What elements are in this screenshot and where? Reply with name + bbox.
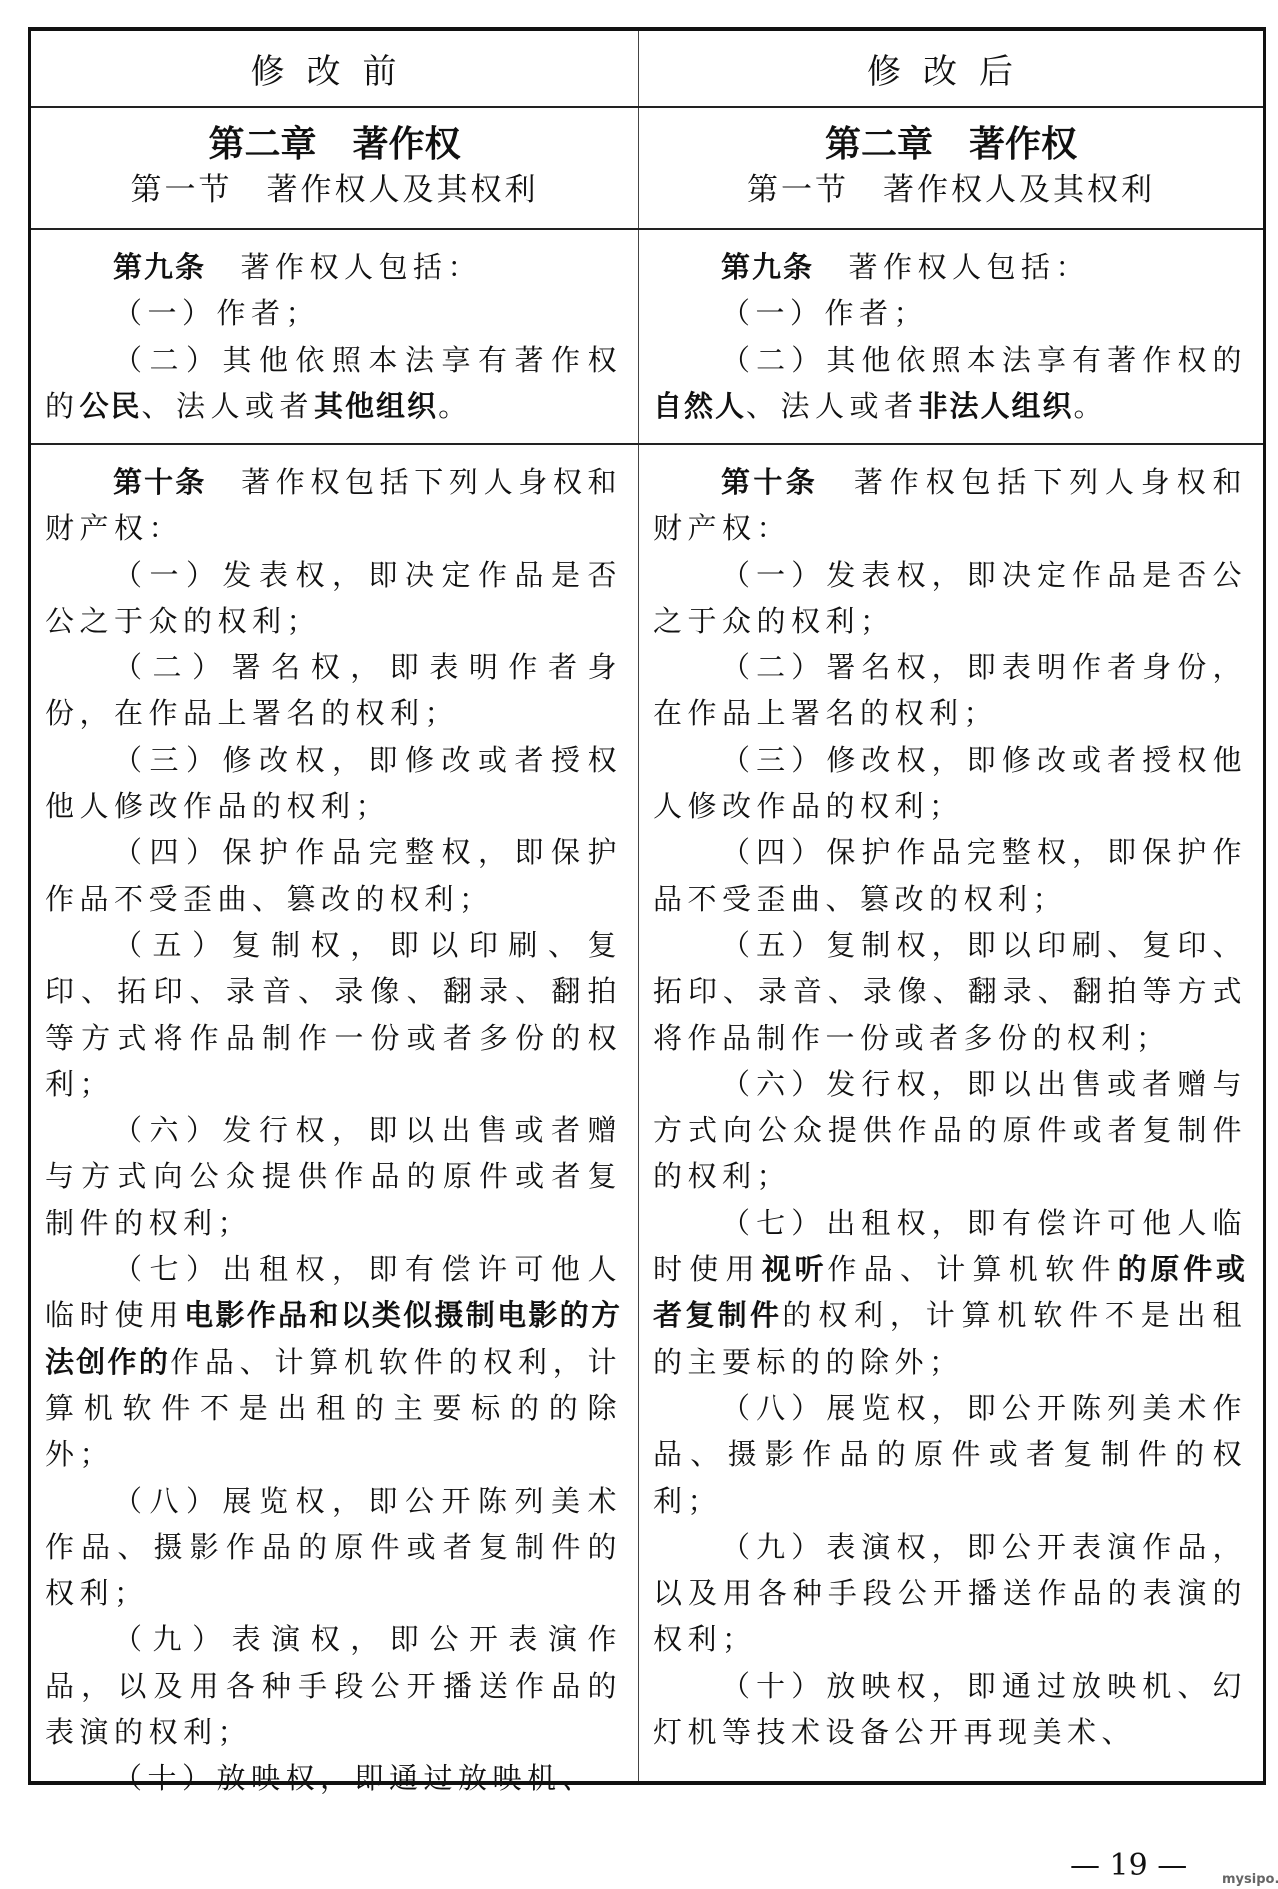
article-item: （五）复制权，即以印刷、复印、拓印、录音、录像、翻录、翻拍等方式将作品制作一份或… [653, 922, 1247, 1061]
watermark: mysipo.com [1222, 1872, 1278, 1887]
article-label: 第九条 [721, 250, 814, 284]
article-item: （四）保护作品完整权，即保护作品不受歪曲、篡改的权利； [45, 829, 622, 922]
chapter-title: 第二章 著作权 [639, 122, 1263, 168]
article10-before: 第十条 著作权包括下列人身权和财产权： （一）发表权，即决定作品是否公之于众的权… [31, 445, 638, 1785]
article-item: （六）发行权，即以出售或者赠与方式向公众提供作品的原件或者复制件的权利； [653, 1061, 1247, 1200]
article-item: （十）放映权，即通过放映机、幻灯机等技术设备公开再现美术、 [653, 1663, 1247, 1756]
article-label: 第十条 [721, 465, 818, 499]
article-item: （四）保护作品完整权，即保护作品不受歪曲、篡改的权利； [653, 829, 1247, 922]
article-item: （九）表演权，即公开表演作品，以及用各种手段公开播送作品的表演的权利； [45, 1616, 622, 1755]
article-item: （二）其他依照本法享有著作权的自然人、法人或者非法人组织。 [653, 337, 1247, 430]
chapter-before: 第二章 著作权 第一节 著作权人及其权利 [31, 108, 638, 228]
article-item: （十）放映权，即通过放映机、 [45, 1755, 622, 1801]
section-title: 第一节 著作权人及其权利 [639, 168, 1263, 212]
article-item: （三）修改权，即修改或者授权他人修改作品的权利； [45, 737, 622, 830]
article-item: （一）作者； [653, 290, 1247, 336]
article-intro: 著作权人包括： [814, 250, 1090, 284]
section-title: 第一节 著作权人及其权利 [31, 168, 638, 212]
article-item: （二）署名权，即表明作者身份，在作品上署名的权利； [653, 644, 1247, 737]
article10-after: 第十条 著作权包括下列人身权和财产权： （一）发表权，即决定作品是否公之于众的权… [639, 445, 1263, 1785]
article-item: （八）展览权，即公开陈列美术作品、摄影作品的原件或者复制件的权利； [45, 1478, 622, 1617]
article-item: （五）复制权，即以印刷、复印、拓印、录音、录像、翻录、翻拍等方式将作品制作一份或… [45, 922, 622, 1107]
comparison-table: 修改前 修改后 第二章 著作权 第一节 著作权人及其权利 第二章 著作权 第一节… [28, 27, 1266, 1785]
amended-text: 其他组织 [314, 389, 438, 423]
article-item: （一）作者； [45, 290, 622, 336]
article-item: （三）修改权，即修改或者授权他人修改作品的权利； [653, 737, 1247, 830]
article-item: （九）表演权，即公开表演作品，以及用各种手段公开播送作品的表演的权利； [653, 1524, 1247, 1663]
article-item: （七）出租权，即有偿许可他人临时使用视听作品、计算机软件的原件或者复制件的权利，… [653, 1200, 1247, 1385]
chapter-title: 第二章 著作权 [31, 122, 638, 168]
header-before: 修改前 [31, 31, 638, 106]
article-item: （一）发表权，即决定作品是否公之于众的权利； [45, 552, 622, 645]
amended-text: 公民 [80, 389, 142, 423]
article9-before: 第九条 著作权人包括： （一）作者； （二）其他依照本法享有著作权的公民、法人或… [31, 230, 638, 443]
page-number: — 19 — [1070, 1848, 1187, 1883]
amended-text: 非法人组织 [919, 389, 1074, 423]
article-item: （八）展览权，即公开陈列美术作品、摄影作品的原件或者复制件的权利； [653, 1385, 1247, 1524]
article-intro: 著作权人包括： [206, 250, 482, 284]
article-item: （二）其他依照本法享有著作权的公民、法人或者其他组织。 [45, 337, 622, 430]
article-item: （七）出租权，即有偿许可他人临时使用电影作品和以类似摄制电影的方法创作的作品、计… [45, 1246, 622, 1477]
article-item: （六）发行权，即以出售或者赠与方式向公众提供作品的原件或者复制件的权利； [45, 1107, 622, 1246]
article-item: （二）署名权，即表明作者身份，在作品上署名的权利； [45, 644, 622, 737]
chapter-after: 第二章 著作权 第一节 著作权人及其权利 [639, 108, 1263, 228]
article9-after: 第九条 著作权人包括： （一）作者； （二）其他依照本法享有著作权的自然人、法人… [639, 230, 1263, 443]
header-after: 修改后 [639, 31, 1263, 106]
amended-text: 自然人 [653, 389, 746, 423]
article-label: 第十条 [113, 465, 206, 499]
amended-text: 视听 [762, 1252, 828, 1286]
article-item: （一）发表权，即决定作品是否公之于众的权利； [653, 552, 1247, 645]
article-label: 第九条 [113, 250, 206, 284]
